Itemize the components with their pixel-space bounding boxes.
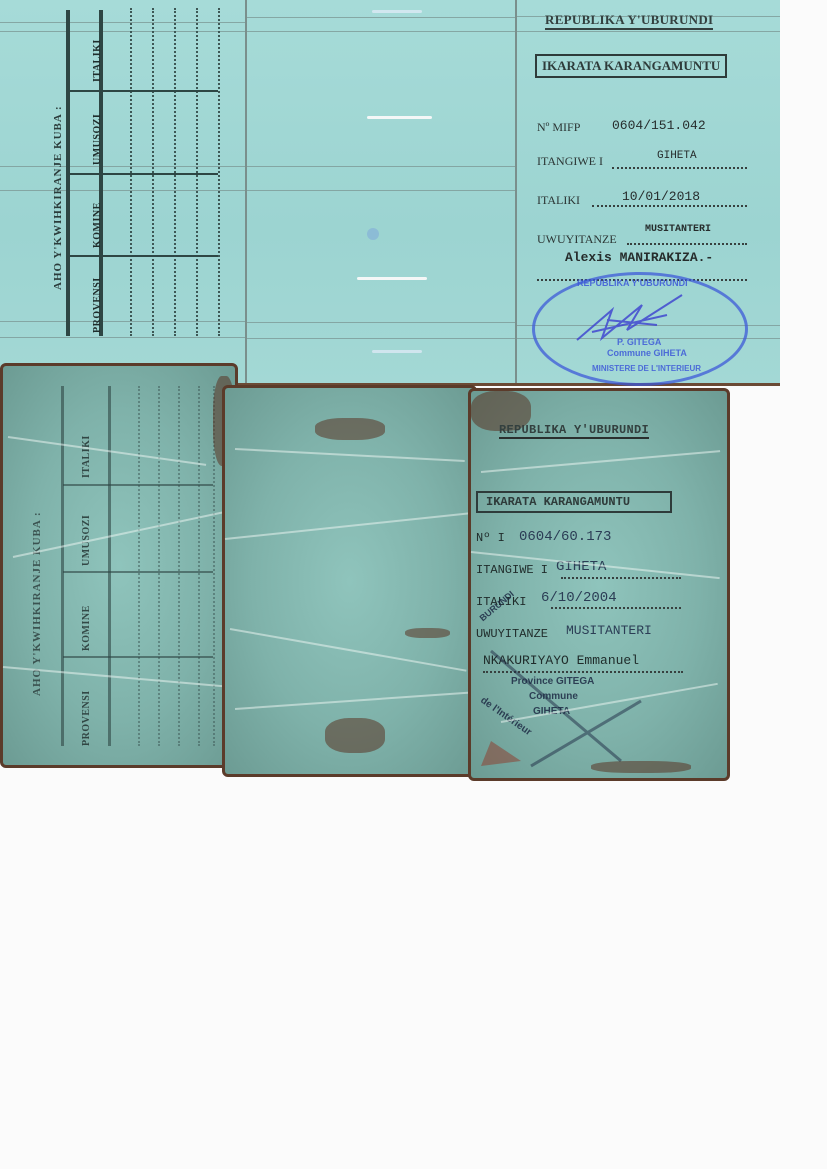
column-provensi: PROVENSI <box>81 690 92 746</box>
field-value-itangiwe: GIHETA <box>657 150 697 162</box>
field-value-italiki: 6/10/2004 <box>541 590 617 606</box>
column-komine: KOMINE <box>92 202 103 248</box>
republic-header: REPUBLIKA Y'UBURUNDI <box>499 423 649 439</box>
card-old-back-panel: AHO Y'KWIHKIRANJE KUBA : PROVENSI KOMINE… <box>0 363 238 768</box>
field-value-uwuyitanze: MUSITANTERI <box>566 623 652 638</box>
field-value-uwuyitanze: MUSITANTERI <box>645 224 711 235</box>
card-title: IKARATA KARANGAMUNTU <box>476 491 672 513</box>
card-old-middle-panel <box>222 385 477 777</box>
column-italiki: ITALIKI <box>92 39 103 82</box>
field-label-uwuyitanze: UWUYITANZE <box>476 627 548 641</box>
staple-mark <box>372 350 422 353</box>
field-value-number: 0604/60.173 <box>519 529 611 545</box>
staple-mark <box>372 10 422 13</box>
field-value-italiki: 10/01/2018 <box>622 189 700 204</box>
column-komine: KOMINE <box>81 605 92 651</box>
id-card-new: AHO Y'KWIHKIRANJE KUBA : PROVENSI KOMINE… <box>0 0 780 386</box>
field-label-uwuyitanze: UWUYITANZE <box>537 232 617 247</box>
field-label-mifp: Nº MIFP <box>537 120 580 135</box>
field-label-itangiwe: ITANGIWE I <box>476 563 548 577</box>
column-provensi: PROVENSI <box>92 277 103 333</box>
card-new-middle-panel <box>247 0 517 383</box>
staple-mark <box>367 116 432 119</box>
card-old-front-panel: REPUBLIKA Y'UBURUNDI IKARATA KARANGAMUNT… <box>468 388 730 781</box>
issuer-name: Alexis MANIRAKIZA.- <box>565 250 713 265</box>
residence-table-title: AHO Y'KWIHKIRANJE KUBA : <box>52 105 64 290</box>
card-new-front-panel: REPUBLIKA Y'UBURUNDI IKARATA KARANGAMUNT… <box>517 0 780 383</box>
stamp-text: REPUBLIKA Y'UBURUNDI <box>577 278 688 288</box>
signature <box>572 290 692 350</box>
field-label-itangiwe: ITANGIWE I <box>537 154 603 169</box>
id-card-old: AHO Y'KWIHKIRANJE KUBA : PROVENSI KOMINE… <box>0 363 732 781</box>
column-umusozi: UMUSOZI <box>92 114 103 165</box>
card-title: IKARATA KARANGAMUNTU <box>535 54 727 78</box>
republic-header: REPUBLIKA Y'UBURUNDI <box>545 12 713 30</box>
ink-spot <box>367 228 379 240</box>
staple-mark <box>357 277 427 280</box>
column-italiki: ITALIKI <box>81 435 92 478</box>
field-value-mifp: 0604/151.042 <box>612 118 706 133</box>
field-label-italiki: ITALIKI <box>537 193 580 208</box>
field-label-number: Nº I <box>476 531 505 545</box>
card-new-back-panel: AHO Y'KWIHKIRANJE KUBA : PROVENSI KOMINE… <box>0 0 247 383</box>
